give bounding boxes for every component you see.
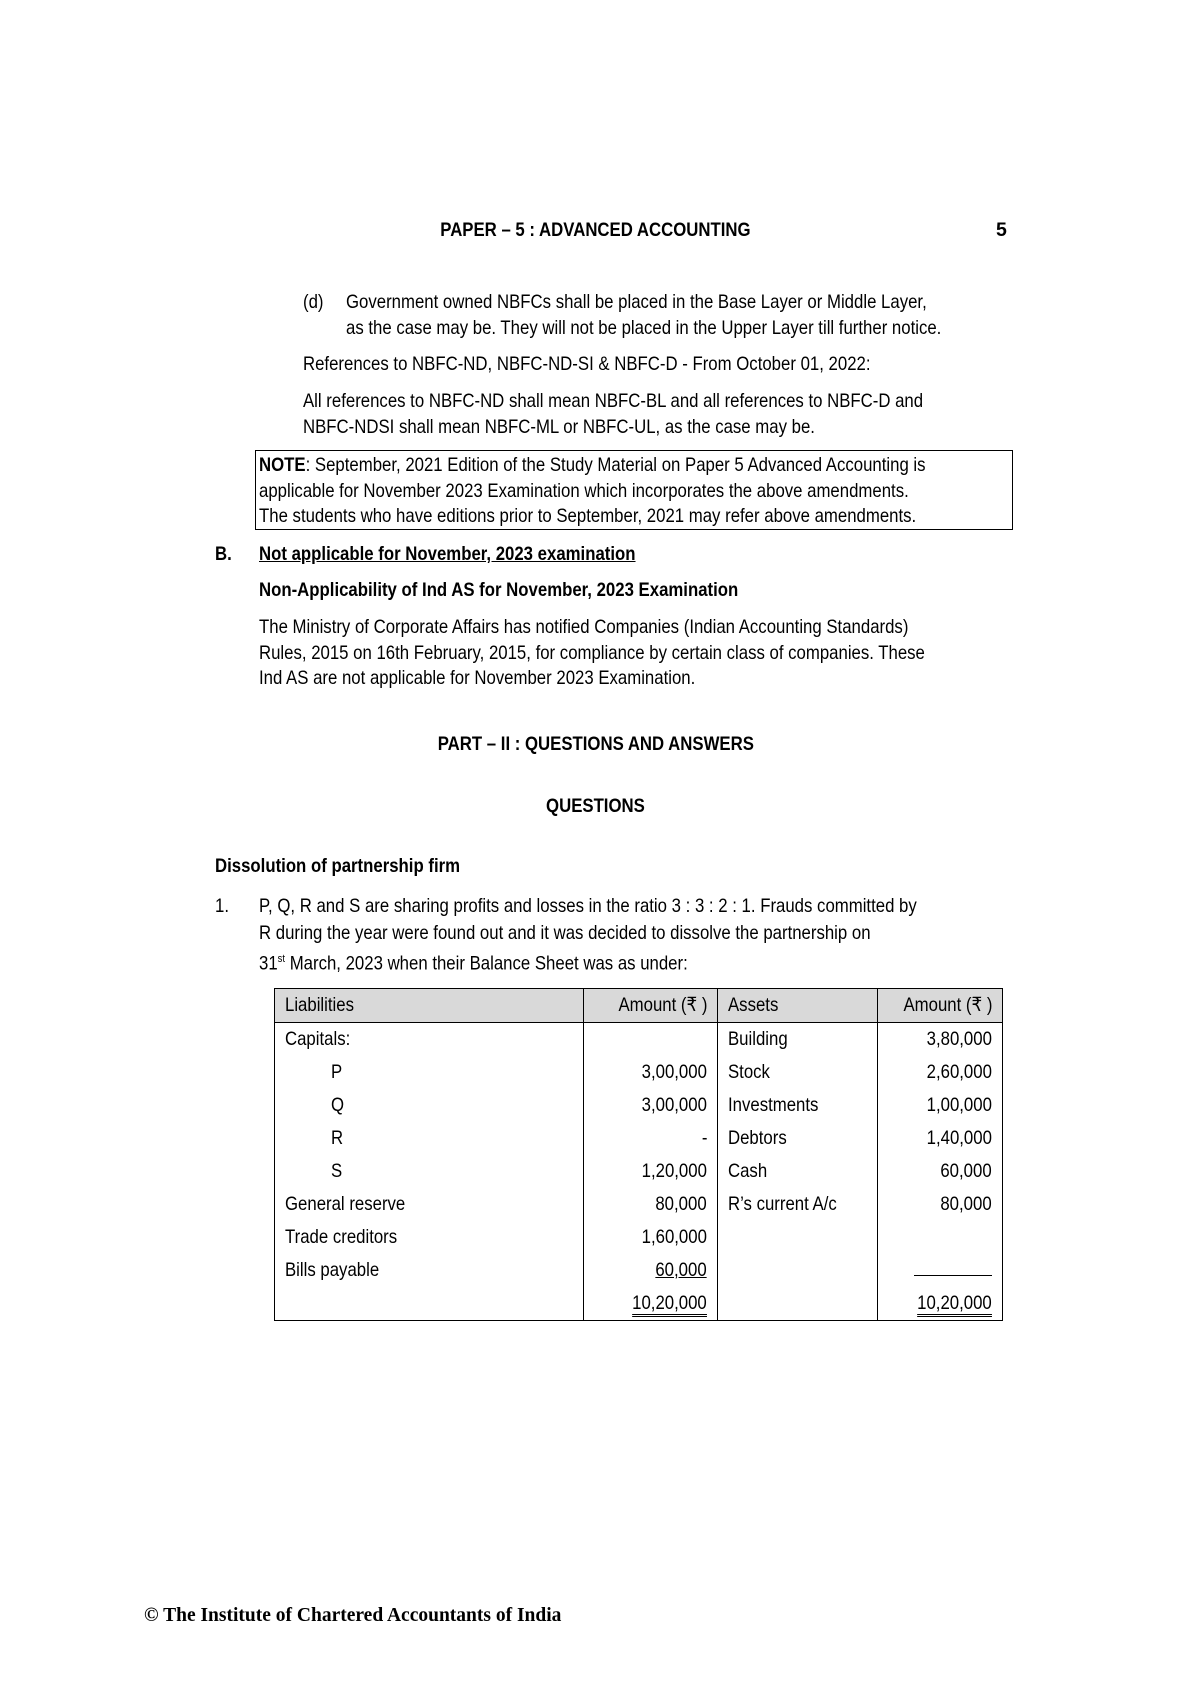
amount-cell: 3,80,000 — [878, 1023, 1003, 1057]
amount-cell: 3,00,000 — [584, 1089, 718, 1122]
table-row: Bills payable 60,000 — [275, 1254, 1003, 1287]
total-liabilities: 10,20,000 — [584, 1287, 718, 1321]
item-d-marker: (d) — [303, 289, 327, 315]
section-b-line-1: The Ministry of Corporate Affairs has no… — [259, 614, 1014, 640]
part-2-title: PART – II : QUESTIONS AND ANSWERS — [0, 731, 1191, 757]
liability-cell: Bills payable — [275, 1254, 584, 1287]
questions-title: QUESTIONS — [0, 793, 1191, 819]
note-line-1: NOTE: September, 2021 Edition of the Stu… — [259, 452, 1034, 478]
table-row: P 3,00,000 Stock 2,60,000 — [275, 1056, 1003, 1089]
amount-cell: 80,000 — [584, 1188, 718, 1221]
amount-cell: 3,00,000 — [584, 1056, 718, 1089]
table-total-row: 10,20,000 10,20,000 — [275, 1287, 1003, 1321]
amount-cell: 1,00,000 — [878, 1089, 1003, 1122]
balance-sheet-table: Liabilities Amount (₹ ) Assets Amount (₹… — [274, 988, 1003, 1321]
footer-copyright: © The Institute of Chartered Accountants… — [144, 1605, 561, 1627]
section-b-heading: Not applicable for November, 2023 examin… — [259, 541, 697, 567]
asset-cell — [718, 1221, 878, 1254]
liability-cell: Capitals: — [275, 1023, 584, 1057]
amount-cell: 1,60,000 — [584, 1221, 718, 1254]
note-line-2: applicable for November 2023 Examination… — [259, 478, 1015, 504]
total-assets: 10,20,000 — [878, 1287, 1003, 1321]
table-row: Trade creditors 1,60,000 — [275, 1221, 1003, 1254]
topic-heading: Dissolution of partnership firm — [215, 853, 500, 879]
liability-cell: Trade creditors — [275, 1221, 584, 1254]
table-row: General reserve 80,000 R’s current A/c 8… — [275, 1188, 1003, 1221]
asset-cell: Debtors — [718, 1122, 878, 1155]
table-row: Capitals: Building 3,80,000 — [275, 1023, 1003, 1057]
amount-cell: - — [584, 1122, 718, 1155]
question-1-number: 1. — [215, 893, 231, 919]
asset-cell: Cash — [718, 1155, 878, 1188]
amount-cell — [878, 1221, 1003, 1254]
references-line-1: All references to NBFC-ND shall mean NBF… — [303, 388, 1024, 414]
question-1-line-2: R during the year were found out and it … — [259, 920, 970, 946]
question-1-line-1: P, Q, R and S are sharing profits and lo… — [259, 893, 1024, 919]
amount-cell: 60,000 — [584, 1254, 718, 1287]
liability-cell — [275, 1287, 584, 1321]
total-rule — [914, 1255, 992, 1276]
header-liabilities: Liabilities — [275, 989, 584, 1023]
asset-cell: Stock — [718, 1056, 878, 1089]
table-row: Q 3,00,000 Investments 1,00,000 — [275, 1089, 1003, 1122]
liability-cell: S — [275, 1155, 584, 1188]
amount-cell — [584, 1023, 718, 1057]
section-b-marker: B. — [215, 541, 235, 567]
page-number: 5 — [996, 219, 1007, 242]
asset-cell — [718, 1287, 878, 1321]
liability-cell: R — [275, 1122, 584, 1155]
liability-cell: P — [275, 1056, 584, 1089]
item-d-line-1: Government owned NBFCs shall be placed i… — [346, 289, 1021, 315]
header-amount-assets: Amount (₹ ) — [878, 989, 1003, 1023]
amount-cell — [878, 1254, 1003, 1287]
table-row: S 1,20,000 Cash 60,000 — [275, 1155, 1003, 1188]
note-line-3: The students who have editions prior to … — [259, 503, 1023, 529]
question-1-line-3: 31st March, 2023 when their Balance Shee… — [259, 946, 758, 977]
references-heading: References to NBFC-ND, NBFC-ND-SI & NBFC… — [303, 351, 963, 377]
references-line-2: NBFC-NDSI shall mean NBFC-ML or NBFC-UL,… — [303, 414, 898, 440]
item-d-line-2: as the case may be. They will not be pla… — [346, 315, 1038, 341]
note-label: NOTE — [259, 454, 306, 476]
header-amount-liabilities: Amount (₹ ) — [584, 989, 718, 1023]
asset-cell: R’s current A/c — [718, 1188, 878, 1221]
table-header-row: Liabilities Amount (₹ ) Assets Amount (₹… — [275, 989, 1003, 1023]
amount-cell: 1,40,000 — [878, 1122, 1003, 1155]
liability-cell: General reserve — [275, 1188, 584, 1221]
asset-cell: Investments — [718, 1089, 878, 1122]
amount-cell: 1,20,000 — [584, 1155, 718, 1188]
section-b-line-3: Ind AS are not applicable for November 2… — [259, 665, 766, 691]
table-row: R - Debtors 1,40,000 — [275, 1122, 1003, 1155]
page-header-title: PAPER – 5 : ADVANCED ACCOUNTING — [0, 219, 1191, 242]
amount-cell: 60,000 — [878, 1155, 1003, 1188]
section-b-subheading: Non-Applicability of Ind AS for November… — [259, 577, 816, 603]
liability-cell: Q — [275, 1089, 584, 1122]
section-b-line-2: Rules, 2015 on 16th February, 2015, for … — [259, 640, 1033, 666]
asset-cell: Building — [718, 1023, 878, 1057]
amount-cell: 80,000 — [878, 1188, 1003, 1221]
header-assets: Assets — [718, 989, 878, 1023]
asset-cell — [718, 1254, 878, 1287]
amount-cell: 2,60,000 — [878, 1056, 1003, 1089]
